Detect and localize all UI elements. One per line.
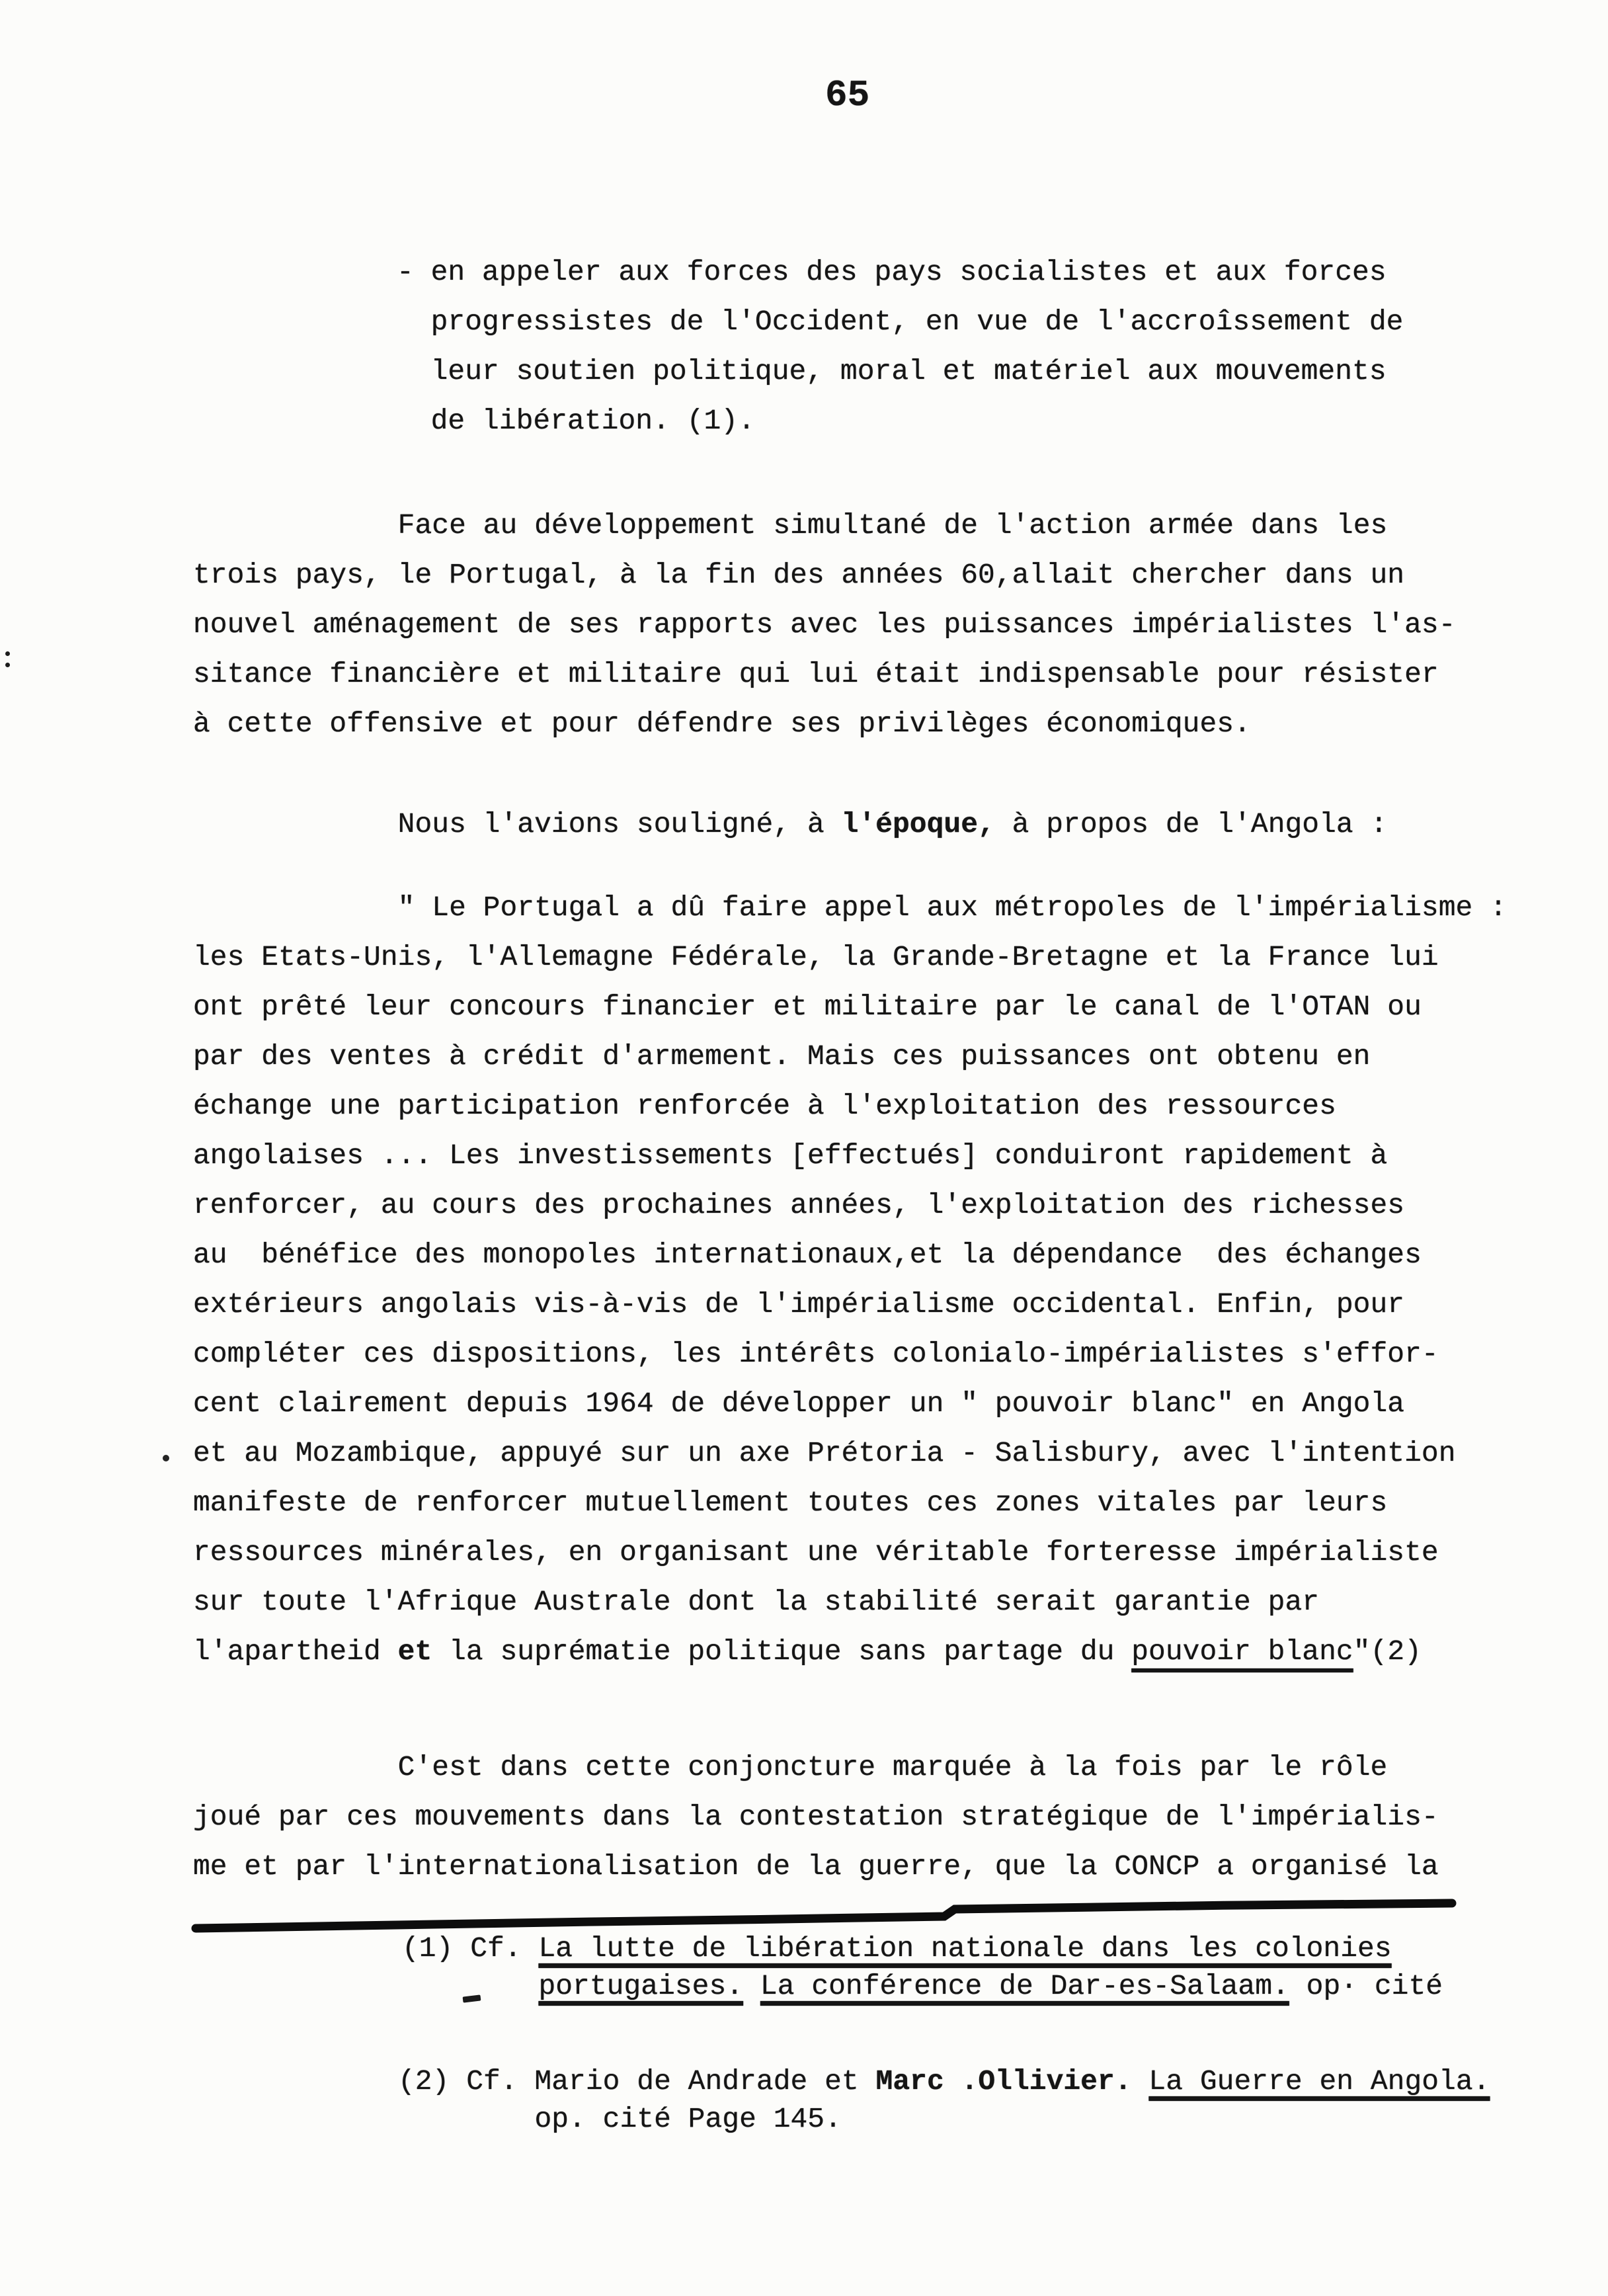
- quote-underlined-pouvoir-blanc: pouvoir blanc: [1131, 1635, 1353, 1668]
- quotation-paragraph: " Le Portugal a dû faire appel aux métro…: [193, 883, 1575, 1676]
- document-page: 65 - en appeler aux forces des pays soci…: [0, 0, 1608, 2296]
- quote-bold-et: et: [398, 1635, 432, 1668]
- footnote-2-authors: (2) Cf. Mario de Andrade et: [398, 2065, 876, 2098]
- footnote-2-bold-author: Marc .Ollivier.: [876, 2065, 1132, 2098]
- footnote-1: (1) Cf. La lutte de libération nationale…: [402, 1930, 1526, 2005]
- intro-line-pre: Nous l'avions souligné, à: [193, 808, 842, 840]
- intro-line: Nous l'avions souligné, à l'époque, à pr…: [193, 799, 1555, 849]
- paragraph-cest-dans-cette: C'est dans cette conjoncture marquée à l…: [193, 1742, 1555, 1891]
- footnote-1-space: [743, 1970, 760, 2002]
- quote-text-part3: "(2): [1353, 1635, 1422, 1668]
- intro-line-bold-epoque: l'époque,: [842, 808, 995, 840]
- scan-artifact-left-margin-colon: [5, 651, 10, 656]
- footnote-1-title-part1: La lutte de libération nationale dans le…: [538, 1932, 1391, 1965]
- footnote-1-marker: (1) Cf.: [402, 1932, 538, 1965]
- bullet-paragraph: - en appeler aux forces des pays sociali…: [397, 247, 1521, 446]
- page-number: 65: [825, 74, 869, 116]
- paragraph-face-au-developpement: Face au développement simultané de l'act…: [193, 501, 1555, 749]
- footnote-2-page-ref: op. cité Page 145.: [398, 2103, 842, 2135]
- footnote-1-title-part2: portugaises.: [538, 1970, 743, 2002]
- footnote-2-book-title: La Guerre en Angola.: [1148, 2065, 1490, 2098]
- scan-artifact-margin-dot: [163, 1455, 169, 1461]
- intro-line-post: à propos de l'Angola :: [995, 808, 1388, 840]
- footnote-2-space: [1132, 2065, 1149, 2098]
- footnote-2: (2) Cf. Mario de Andrade et Marc .Ollivi…: [398, 2063, 1522, 2138]
- quote-text-part2: la suprématie politique sans partage du: [432, 1635, 1131, 1668]
- footnote-1-suffix: op· cité: [1289, 1970, 1443, 2002]
- footnote-1-conference-title: La conférence de Dar-es-Salaam.: [760, 1970, 1289, 2002]
- quote-text-part1: " Le Portugal a dû faire appel aux métro…: [193, 891, 1507, 1668]
